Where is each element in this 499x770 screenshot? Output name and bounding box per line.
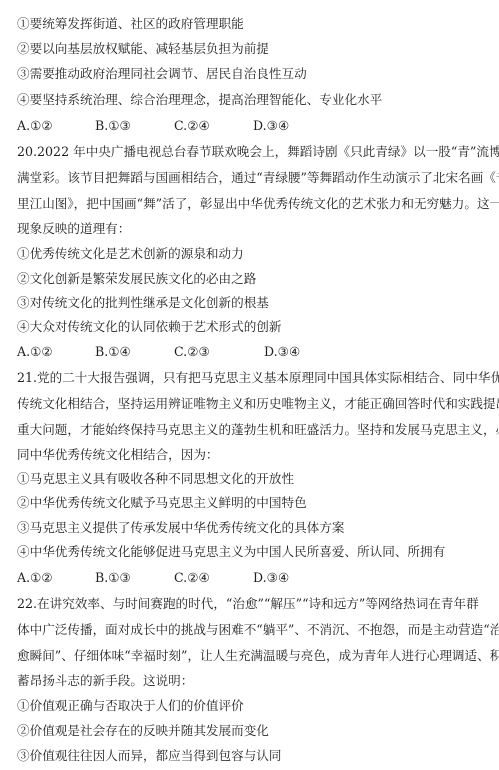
q19-options: A.①② B.①③ C.②④ D.③④ — [0, 118, 499, 134]
q20-option-a: A.①② — [17, 344, 53, 360]
q20-stem-line-4: 现象反映的道理有： — [17, 221, 130, 237]
q20-option-b: B.①④ — [95, 344, 131, 360]
q21-option-c: C.②④ — [174, 570, 210, 586]
q21-statement-4: ④中华优秀传统文化能够促进马克思主义为中国人民所喜爱、所认同、所拥有 — [17, 544, 445, 560]
q21-option-a: A.①② — [17, 570, 53, 586]
q19-statement-1: ①要统筹发挥街道、社区的政府管理职能 — [17, 16, 244, 32]
q19-statement-2: ②要以向基层放权赋能、减轻基层负担为前提 — [17, 41, 269, 57]
q22-stem-line-2: 体中广泛传播，面对成长中的挑战与困难不“躺平”、不消沉、不抱怨，而是主动营造“治 — [17, 622, 499, 638]
q19-statement-3: ③需要推动政府治理同社会调节、居民自治良性互动 — [17, 66, 307, 82]
q21-stem-line-2: 传统文化相结合，坚持运用辨证唯物主义和历史唯物主义，才能正确回答时代和实践提出的 — [17, 396, 499, 412]
q21-statement-2: ②中华优秀传统文化赋予马克思主义鲜明的中国特色 — [17, 495, 307, 511]
q21-stem-line-1: 21.党的二十大报告强调，只有把马克思主义基本原理同中国具体实际相结合、同中华优… — [17, 370, 499, 386]
q20-option-d: D.③④ — [264, 344, 300, 360]
q21-option-d: D.③④ — [253, 570, 289, 586]
q22-stem-line-3: 愈瞬间”、仔细体味“幸福时刻”，让人生充满温暖与亮色，成为青年人进行心理调适、积 — [17, 648, 499, 664]
q20-statement-3: ③对传统文化的批判性继承是文化创新的根基 — [17, 295, 269, 311]
q20-stem-line-2: 满堂彩。该节目把舞蹈与国画相结合，通过“青绿腰”等舞蹈动作生动演示了北宋名画《千 — [17, 170, 499, 186]
q19-option-d: D.③④ — [253, 118, 289, 134]
q20-statement-1: ①优秀传统文化是艺术创新的源泉和动力 — [17, 246, 244, 262]
q20-statement-4: ④大众对传统文化的认同依赖于艺术形式的创新 — [17, 319, 281, 335]
q21-statement-1: ①马克思主义具有吸收各种不同思想文化的开放性 — [17, 471, 294, 487]
q21-stem-line-4: 同中华优秀传统文化相结合，因为： — [17, 447, 219, 463]
q19-option-c: C.②④ — [174, 118, 210, 134]
q19-statement-4: ④要坚持系统治理、综合治理理念，提高治理智能化、专业化水平 — [17, 92, 382, 108]
q22-stem-line-4: 蓄昂扬斗志的新手段。这说明： — [17, 673, 193, 689]
q22-stem-line-1: 22.在讲究效率、与时间赛跑的时代，“治愈”“解压”“诗和远方”等网络热词在青年… — [17, 596, 479, 612]
q22-statement-3: ③价值观往往因人而异，都应当得到包容与认同 — [17, 748, 281, 764]
q21-stem-line-3: 重大问题，才能始终保持马克思主义的蓬勃生机和旺盛活力。坚持和发展马克思主义，必须 — [17, 422, 499, 438]
q19-option-b: B.①③ — [95, 118, 131, 134]
q20-options: A.①② B.①④ C.②③ D.③④ — [0, 344, 499, 360]
q21-statement-3: ③马克思主义提供了传承发展中华优秀传统文化的具体方案 — [17, 520, 344, 536]
q21-options: A.①② B.①③ C.②④ D.③④ — [0, 570, 499, 586]
q19-option-a: A.①② — [17, 118, 53, 134]
q20-stem-line-1: 20.2022 年中央广播电视总台春节联欢晚会上，舞蹈诗剧《只此青绿》以一股“青… — [17, 144, 499, 160]
q21-option-b: B.①③ — [95, 570, 131, 586]
q20-option-c: C.②③ — [174, 344, 210, 360]
q22-statement-1: ①价值观正确与否取决于人们的价值评价 — [17, 698, 244, 714]
q22-statement-2: ②价值观是社会存在的反映并随其发展而变化 — [17, 723, 269, 739]
q20-stem-line-3: 里江山图》，把中国画“舞”活了，彰显出中华优秀传统文化的艺术张力和无穷魅力。这一 — [17, 196, 499, 212]
q20-statement-2: ②文化创新是繁荣发展民族文化的必由之路 — [17, 271, 256, 287]
